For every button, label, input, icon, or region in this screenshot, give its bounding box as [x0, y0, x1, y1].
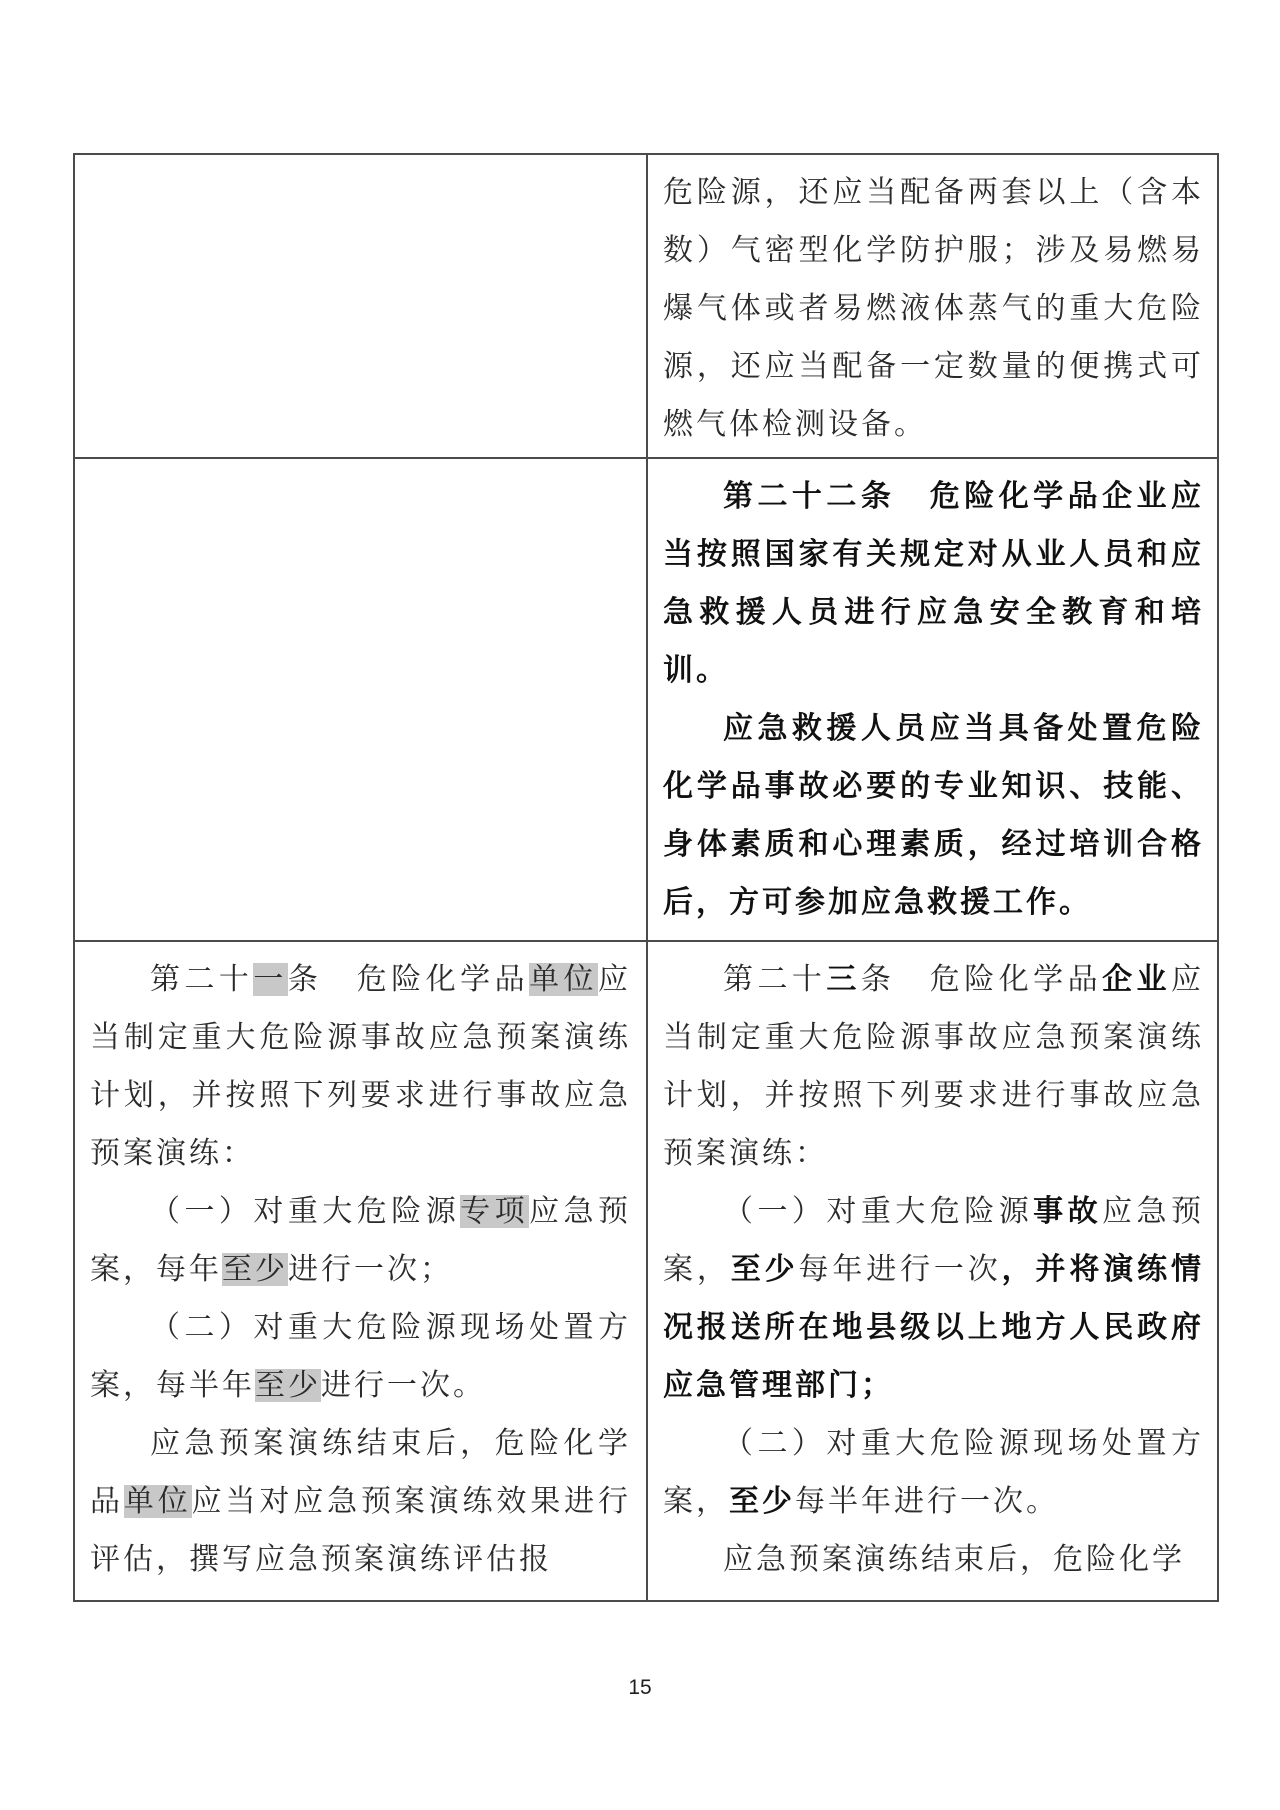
text-run: 进行一次；: [288, 1253, 453, 1286]
changed-text-highlight: 单位: [124, 1485, 192, 1518]
added-text-bold: 至少: [729, 1485, 795, 1518]
text-run: 第二十: [723, 963, 826, 996]
document-page: 危险源，还应当配备两套以上（含本数）气密型化学防护服；涉及易燃易爆气体或者易燃液…: [0, 0, 1280, 1810]
page-number: 15: [0, 1676, 1280, 1700]
paragraph: （二）对重大危险源现场处置方案，至少每半年进行一次。: [663, 1415, 1204, 1531]
changed-text-highlight: 至少: [222, 1253, 288, 1286]
cell-old-row-2: [75, 459, 648, 942]
paragraph: （二）对重大危险源现场处置方案，每半年至少进行一次。: [90, 1299, 631, 1415]
paragraph: 第二十一条 危险化学品单位应当制定重大危险源事故应急预案演练计划，并按照下列要求…: [90, 951, 631, 1183]
paragraph: 应急救援人员应当具备处置危险化学品事故必要的专业知识、技能、身体素质和心理素质，…: [663, 700, 1204, 932]
paragraph: 应急预案演练结束后，危险化学: [663, 1531, 1204, 1589]
comparison-table: 危险源，还应当配备两套以上（含本数）气密型化学防护服；涉及易燃易爆气体或者易燃液…: [73, 153, 1219, 1602]
added-text-bold: 事故: [1033, 1195, 1102, 1228]
paragraph: 第二十二条 危险化学品企业应当按照国家有关规定对从业人员和应急救援人员进行应急安…: [663, 468, 1204, 700]
text-run: 危险源，还应当配备两套以上（含本数）气密型化学防护服；涉及易燃易爆气体或者易燃液…: [663, 176, 1204, 441]
text-run: 条 危险化学品: [861, 963, 1102, 996]
cell-old-row-3: 第二十一条 危险化学品单位应当制定重大危险源事故应急预案演练计划，并按照下列要求…: [75, 942, 648, 1602]
paragraph: （一）对重大危险源事故应急预案，至少每年进行一次，并将演练情况报送所在地县级以上…: [663, 1183, 1204, 1415]
changed-text-highlight: 单位: [529, 963, 598, 996]
text-run: （一）对重大危险源: [150, 1195, 460, 1228]
changed-text-highlight: 一: [253, 963, 287, 996]
text-run: （一）对重大危险源: [723, 1195, 1033, 1228]
text-run: 第二十: [150, 963, 253, 996]
text-run: 进行一次。: [321, 1369, 486, 1402]
paragraph: 应急预案演练结束后，危险化学品单位应当对应急预案演练效果进行评估，撰写应急预案演…: [90, 1415, 631, 1589]
cell-old-row-1: [75, 155, 648, 459]
paragraph: 危险源，还应当配备两套以上（含本数）气密型化学防护服；涉及易燃易爆气体或者易燃液…: [663, 164, 1204, 454]
cell-new-row-1: 危险源，还应当配备两套以上（含本数）气密型化学防护服；涉及易燃易爆气体或者易燃液…: [648, 155, 1219, 459]
added-text-bold: 三: [826, 963, 860, 996]
text-run: 应急预案演练结束后，危险化学: [723, 1543, 1185, 1576]
paragraph: 第二十三条 危险化学品企业应当制定重大危险源事故应急预案演练计划，并按照下列要求…: [663, 951, 1204, 1183]
changed-text-highlight: 专项: [460, 1195, 529, 1228]
text-run: 每年进行一次: [798, 1253, 1001, 1286]
text-run: 条 危险化学品: [288, 963, 529, 996]
cell-new-row-2: 第二十二条 危险化学品企业应当按照国家有关规定对从业人员和应急救援人员进行应急安…: [648, 459, 1219, 942]
cell-new-row-3: 第二十三条 危险化学品企业应当制定重大危险源事故应急预案演练计划，并按照下列要求…: [648, 942, 1219, 1602]
text-run: 每半年进行一次。: [795, 1485, 1059, 1518]
paragraph: （一）对重大危险源专项应急预案，每年至少进行一次；: [90, 1183, 631, 1299]
added-text-bold: 至少: [731, 1253, 799, 1286]
changed-text-highlight: 至少: [255, 1369, 321, 1402]
added-text-bold: 第二十二条 危险化学品企业应当按照国家有关规定对从业人员和应急救援人员进行应急安…: [663, 480, 1204, 687]
added-text-bold: 企业: [1102, 963, 1171, 996]
added-text-bold: 应急救援人员应当具备处置危险化学品事故必要的专业知识、技能、身体素质和心理素质，…: [663, 712, 1204, 919]
